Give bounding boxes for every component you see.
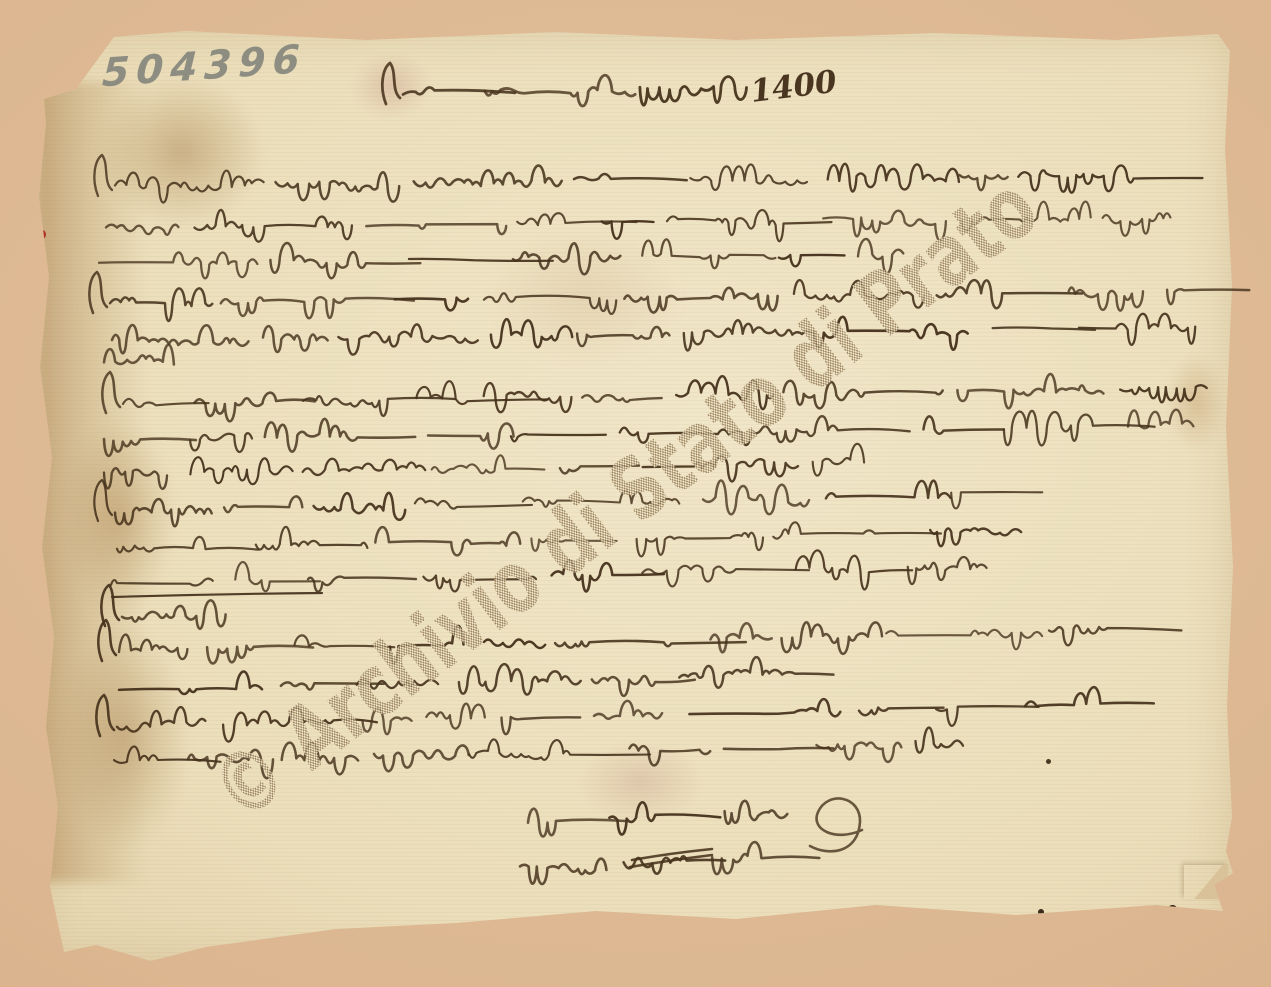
ink-stroke [415, 498, 532, 508]
handwriting-line-body [104, 410, 1193, 456]
ink-stroke [951, 492, 1042, 508]
ink-stroke [115, 171, 264, 203]
ink-stroke [98, 620, 116, 661]
handwriting-line-signature [528, 801, 787, 837]
ink-stroke [459, 664, 581, 694]
ink-stroke [640, 77, 747, 106]
handwriting-layer: 1400 [0, 0, 1271, 987]
ink-stroke [101, 585, 119, 626]
ink-stroke [560, 466, 639, 474]
ink-stroke [423, 576, 536, 592]
handwriting-line-body [117, 522, 1021, 556]
handwriting-line-body [89, 272, 1249, 321]
ink-stroke [308, 577, 416, 592]
ink-stroke [119, 672, 262, 694]
ink-stroke [886, 630, 1042, 649]
ink-stroke [609, 802, 720, 834]
ink-stroke [813, 444, 864, 476]
ink-stroke [502, 717, 581, 734]
ink-stroke [592, 676, 695, 696]
ink-stroke [416, 381, 547, 404]
handwriting-line-signature [520, 799, 862, 885]
ink-stroke [725, 801, 788, 824]
ink-stroke [924, 416, 1004, 433]
ink-stroke [782, 622, 882, 654]
ink-stroke [485, 75, 635, 106]
ink-stroke [642, 566, 809, 587]
ink-stroke [414, 166, 562, 188]
ink-stroke [395, 298, 468, 311]
handwriting-line-body [94, 480, 1042, 526]
ink-stroke [810, 799, 862, 852]
ink-stroke [96, 695, 114, 736]
ink-stroke [531, 539, 616, 551]
ink-stroke [104, 345, 174, 365]
ink-stroke [265, 419, 415, 452]
ink-stroke [223, 708, 377, 742]
handwriting-line-body [99, 239, 903, 278]
handwriting-line-header [382, 63, 746, 106]
ink-stroke [916, 728, 964, 753]
ink-stroke [89, 272, 107, 313]
ink-stroke [513, 243, 620, 274]
handwriting-line-body [98, 620, 1181, 664]
ink-stroke [102, 372, 120, 413]
ink-stroke [517, 213, 636, 225]
ink-stroke [1120, 385, 1207, 402]
ink-stroke [679, 657, 833, 688]
handwriting-line-body [104, 444, 864, 489]
ink-stroke [957, 374, 1103, 408]
ink-stroke [574, 174, 687, 180]
ink-stroke [582, 395, 662, 402]
ink-stroke [117, 537, 258, 553]
ink-stroke [667, 210, 831, 241]
ink-stroke [112, 325, 248, 353]
ink-stroke [366, 224, 506, 234]
ink-stroke [1049, 625, 1181, 645]
ink-stroke [511, 434, 606, 441]
ink-stroke [207, 646, 313, 664]
ink-stroke [908, 557, 987, 584]
ink-stroke [428, 423, 514, 448]
ink-stroke [826, 481, 951, 499]
handwriting-line-short-word [104, 345, 174, 365]
ink-stroke [374, 745, 469, 771]
ink-stroke [684, 320, 811, 350]
ink-stroke [817, 743, 902, 762]
ink-stroke [1167, 289, 1249, 304]
ink-stroke [1004, 411, 1155, 446]
scan-background: 1400 504396 © Archivio di Stato di Prato [0, 0, 1271, 987]
ink-stroke [104, 439, 196, 456]
ink-stroke [94, 155, 112, 196]
ink-stroke [195, 393, 315, 422]
handwriting-line-short-word [101, 585, 225, 629]
ink-stroke [1069, 287, 1143, 310]
ink-stroke [960, 175, 1008, 190]
ink-stroke [282, 743, 358, 775]
ink-stroke [382, 63, 400, 104]
ink-stroke [235, 562, 320, 591]
handwriting-line-body [114, 728, 963, 779]
ink-stroke [624, 288, 777, 313]
ink-stroke [828, 164, 959, 192]
handwriting-line-body [112, 314, 1195, 355]
ink-stroke [295, 635, 395, 647]
ink-stroke [303, 396, 455, 416]
ink-stroke [643, 456, 798, 481]
ink-stroke [602, 221, 654, 239]
ink-stroke [190, 433, 252, 452]
ink-stroke [724, 748, 834, 749]
ink-stroke [858, 239, 903, 274]
ink-stroke [270, 243, 420, 278]
handwriting-line-body [106, 202, 1170, 242]
handwriting-line-body [94, 155, 1202, 203]
ink-stroke [484, 293, 616, 314]
ink-stroke [962, 202, 1091, 231]
ink-stroke [409, 259, 553, 261]
ink-stroke [110, 288, 212, 321]
handwriting-line-body [111, 550, 987, 591]
ink-stroke [303, 459, 425, 475]
ink-stroke [390, 626, 464, 664]
ink-stroke [753, 416, 910, 442]
ink-stroke [594, 701, 662, 719]
ink-stroke [520, 859, 606, 884]
ink-stroke [115, 499, 212, 526]
ink-stroke [796, 550, 913, 589]
ink-stroke [224, 496, 302, 512]
ink-stroke [690, 164, 807, 189]
ink-stroke [555, 641, 746, 648]
ink-stroke [469, 739, 650, 759]
ink-stroke [552, 560, 664, 591]
ink-stroke [712, 842, 819, 874]
ink-stroke [104, 468, 167, 489]
ink-stroke [375, 527, 520, 555]
ink-stroke [1025, 687, 1154, 706]
ink-stroke [523, 491, 680, 507]
header-year-text: 1400 [749, 64, 839, 110]
ink-stroke [1103, 213, 1171, 236]
ink-stroke [484, 640, 545, 649]
ink-stroke [106, 225, 178, 235]
ink-stroke [111, 579, 213, 586]
ink-stroke [221, 297, 414, 318]
handwriting-line-body [102, 372, 1206, 421]
ink-stroke [783, 381, 942, 409]
ink-stroke [711, 623, 772, 652]
ink-stroke [117, 707, 205, 731]
ink-stroke [620, 428, 751, 445]
ink-stroke [779, 255, 845, 266]
ink-stroke [689, 699, 840, 716]
ink-stroke [637, 533, 763, 557]
ink-stroke [1018, 166, 1202, 193]
ink-stroke [426, 704, 485, 729]
ink-stroke [188, 750, 273, 778]
ink-stroke [99, 252, 257, 278]
ink-stroke [630, 849, 712, 867]
ink-stroke [357, 679, 438, 688]
ink-stroke [936, 706, 1039, 726]
ink-stroke [823, 211, 946, 241]
ink-stroke [491, 319, 572, 348]
ink-stroke [773, 522, 941, 538]
ink-stroke [937, 280, 1082, 308]
ink-stroke [190, 457, 292, 484]
handwriting-line-body [119, 657, 834, 696]
ink-stroke [195, 210, 352, 242]
ink-stroke [276, 172, 400, 201]
ink-stroke [314, 493, 406, 520]
ink-stroke [703, 480, 809, 514]
ink-stroke [338, 324, 477, 354]
ink-stroke [119, 635, 187, 659]
ink-stroke [859, 708, 944, 716]
ink-stroke [484, 383, 572, 412]
ink-stroke [577, 327, 669, 346]
handwriting-line-dash [112, 593, 322, 597]
ink-stroke [1079, 314, 1195, 345]
ink-stroke [814, 317, 968, 350]
ink-stroke [256, 527, 368, 550]
ink-stroke [263, 326, 328, 352]
ink-stroke [930, 528, 1021, 546]
ink-stroke [432, 455, 545, 473]
ink-stroke [528, 809, 625, 837]
ink-stroke [642, 239, 775, 268]
ink-stroke [676, 376, 773, 409]
ink-stroke [794, 280, 924, 308]
ink-stroke [122, 600, 226, 628]
ink-stroke [112, 593, 322, 597]
